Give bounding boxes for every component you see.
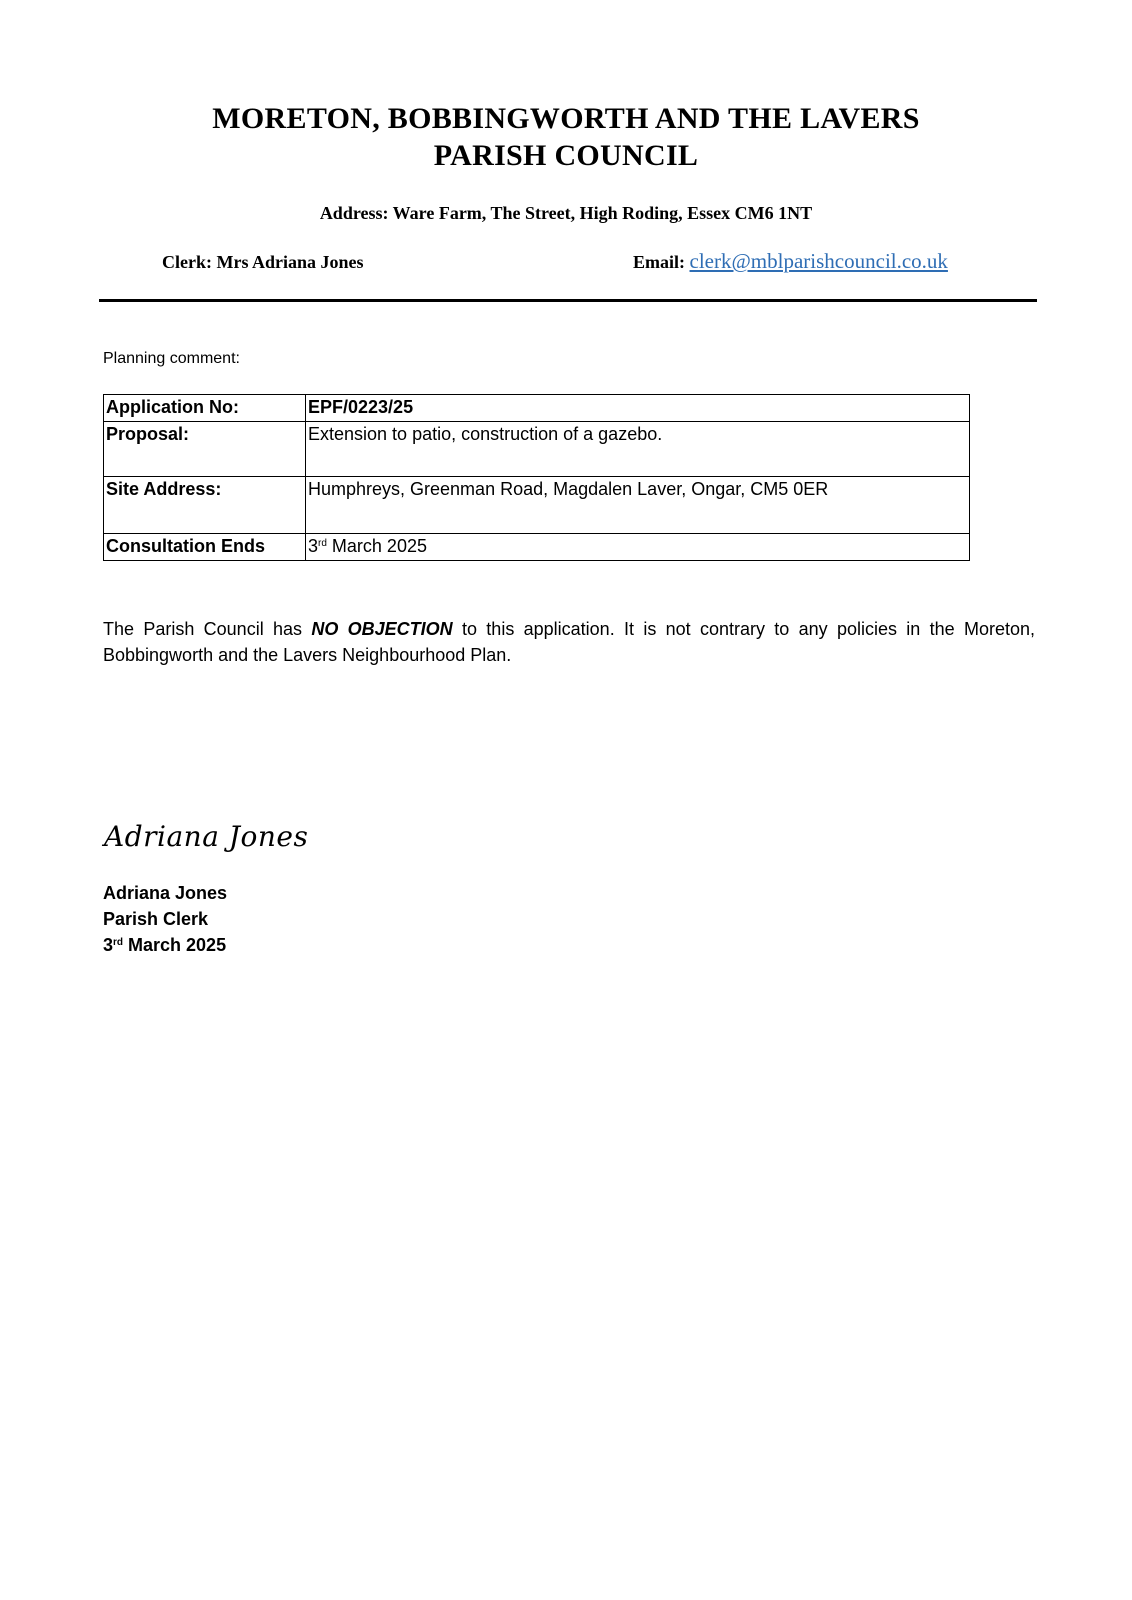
council-title: MORETON, BOBBINGWORTH AND THE LAVERS PAR…	[0, 100, 1132, 174]
table-label: Site Address:	[104, 477, 306, 534]
proposal-value: Extension to patio, construction of a ga…	[306, 422, 970, 477]
consultation-end-date: 3rd March 2025	[306, 534, 970, 561]
planning-comment-label: Planning comment:	[103, 350, 240, 368]
email-link[interactable]: clerk@mblparishcouncil.co.uk	[690, 249, 948, 273]
signature-block: Adriana Jones Parish Clerk 3rd March 202…	[103, 880, 227, 958]
application-table: Application No: EPF/0223/25 Proposal: Ex…	[103, 394, 970, 561]
handwritten-signature: Adriana Jones	[104, 820, 308, 853]
signatory-name: Adriana Jones	[103, 880, 227, 906]
table-row-site-address: Site Address: Humphreys, Greenman Road, …	[104, 477, 970, 534]
title-line-2: PARISH COUNCIL	[0, 137, 1132, 174]
objection-status: NO OBJECTION	[311, 619, 452, 639]
table-label: Proposal:	[104, 422, 306, 477]
council-address: Address: Ware Farm, The Street, High Rod…	[0, 203, 1132, 224]
council-statement: The Parish Council has NO OBJECTION to t…	[103, 616, 1035, 668]
table-row-application-no: Application No: EPF/0223/25	[104, 395, 970, 422]
signatory-role: Parish Clerk	[103, 906, 227, 932]
table-label: Consultation Ends	[104, 534, 306, 561]
site-address-value: Humphreys, Greenman Road, Magdalen Laver…	[306, 477, 970, 534]
title-line-1: MORETON, BOBBINGWORTH AND THE LAVERS	[0, 100, 1132, 137]
application-number: EPF/0223/25	[306, 395, 970, 422]
signoff-date: 3rd March 2025	[103, 932, 227, 958]
document-page: MORETON, BOBBINGWORTH AND THE LAVERS PAR…	[0, 0, 1132, 1600]
email-line: Email: clerk@mblparishcouncil.co.uk	[633, 249, 948, 274]
email-label: Email:	[633, 252, 685, 272]
header-divider	[99, 299, 1037, 302]
table-row-proposal: Proposal: Extension to patio, constructi…	[104, 422, 970, 477]
table-row-consultation-ends: Consultation Ends 3rd March 2025	[104, 534, 970, 561]
table-label: Application No:	[104, 395, 306, 422]
clerk-name: Clerk: Mrs Adriana Jones	[162, 252, 364, 273]
